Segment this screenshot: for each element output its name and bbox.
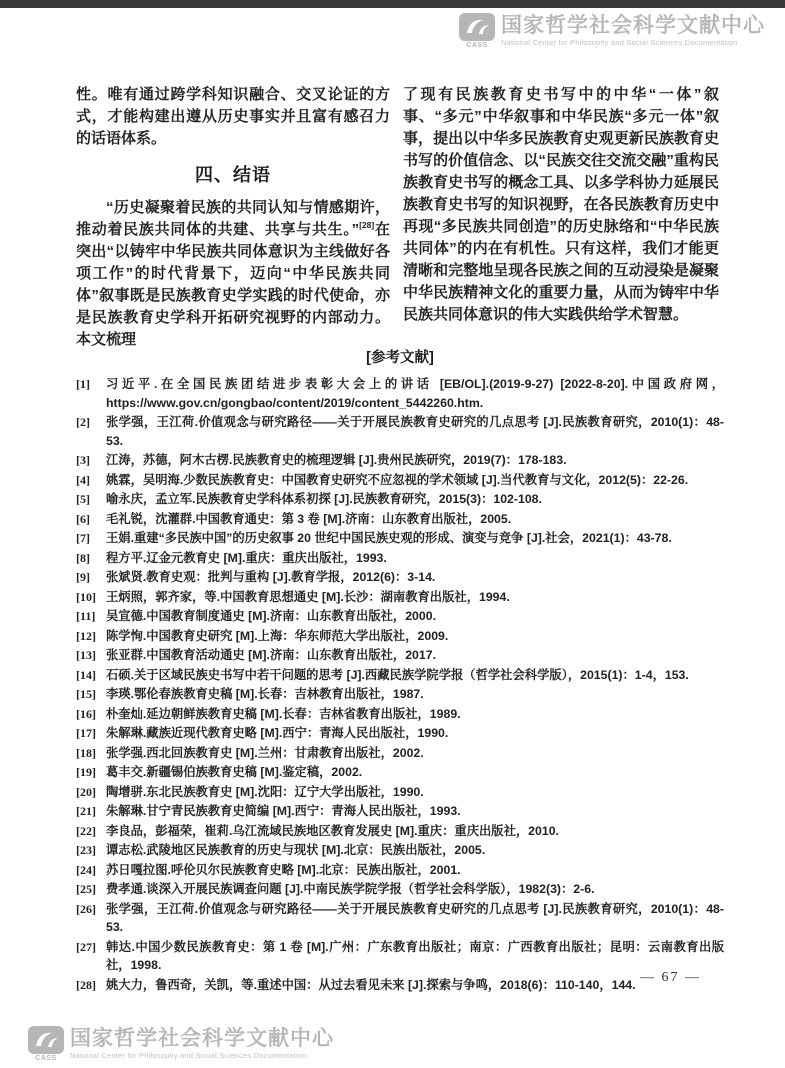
reference-number: [12]	[76, 627, 106, 646]
reference-number: [24]	[76, 861, 106, 880]
reference-text: 喻永庆，孟立军.民族教育史学科体系初探 [J].民族教育研究，2015(3)：1…	[106, 490, 724, 509]
reference-item: [10] 王炳照，郭齐家，等.中国教育思想通史 [M].长沙：湖南教育出版社，1…	[76, 588, 724, 607]
reference-number: [18]	[76, 744, 106, 763]
reference-number: [20]	[76, 783, 106, 802]
reference-item: [20] 陶增骈.东北民族教育史 [M].沈阳：辽宁大学出版社，1990.	[76, 783, 724, 802]
reference-number: [4]	[76, 471, 106, 490]
reference-number: [6]	[76, 510, 106, 529]
reference-number: [21]	[76, 802, 106, 821]
reference-text: 张学强.西北回族教育史 [M].兰州：甘肃教育出版社，2002.	[106, 744, 724, 763]
references-section: [参考文献] [1] 习近平.在全国民族团结进步表彰大会上的讲话 [EB/OL]…	[76, 346, 724, 995]
reference-item: [24] 苏日嘎拉图.呼伦贝尔民族教育史略 [M].北京：民族出版社，2001.	[76, 861, 724, 880]
reference-number: [26]	[76, 900, 106, 937]
left-paragraph-continuation: 性。唯有通过跨学科知识融合、交叉论证的方式，才能构建出遵从历史事实并且富有感召力…	[76, 84, 390, 150]
reference-item: [3] 江涛，苏德，阿木古楞.民族教育史的梳理逻辑 [J].贵州民族研究，201…	[76, 451, 724, 470]
reference-item: [19] 葛丰交.新疆锡伯族教育史稿 [M].鉴定稿，2002.	[76, 763, 724, 782]
reference-item: [1] 习近平.在全国民族团结进步表彰大会上的讲话 [EB/OL].(2019-…	[76, 375, 724, 412]
reference-number: [11]	[76, 607, 106, 626]
reference-number: [19]	[76, 763, 106, 782]
brand-name-cn: 国家哲学社会科学文献中心	[501, 13, 765, 38]
reference-number: [23]	[76, 841, 106, 860]
reference-text: 姚霖，吴明海.少数民族教育史：中国教育史研究不应忽视的学术领域 [J].当代教育…	[106, 471, 724, 490]
brand-name-cn: 国家哲学社会科学文献中心	[70, 1026, 334, 1051]
reference-number: [25]	[76, 880, 106, 899]
reference-text: 吴宣德.中国教育制度通史 [M].济南：山东教育出版社，2000.	[106, 607, 724, 626]
references-list: [1] 习近平.在全国民族团结进步表彰大会上的讲话 [EB/OL].(2019-…	[76, 375, 724, 994]
reference-item: [17] 朱解琳.藏族近现代教育史略 [M].西宁：青海人民出版社，1990.	[76, 724, 724, 743]
reference-text: 江涛，苏德，阿木古楞.民族教育史的梳理逻辑 [J].贵州民族研究，2019(7)…	[106, 451, 724, 470]
reference-number: [22]	[76, 822, 106, 841]
reference-item: [7] 王娟.重建“多民族中国”的历史叙事 20 世纪中国民族史观的形成、演变与…	[76, 529, 724, 548]
reference-number: [5]	[76, 490, 106, 509]
reference-text: 朱解琳.甘宁青民族教育史简编 [M].西宁：青海人民出版社，1993.	[106, 802, 724, 821]
reference-number: [7]	[76, 529, 106, 548]
reference-number: [1]	[76, 375, 106, 412]
conclusion-paragraph: “历史凝聚着民族的共同认知与情感期许，推动着民族共同体的共建、共享与共生。”[2…	[76, 197, 390, 351]
reference-item: [22] 李良品，彭福荣，崔莉.乌江流域民族地区教育发展史 [M].重庆：重庆出…	[76, 822, 724, 841]
reference-number: [16]	[76, 705, 106, 724]
cass-logo-icon	[459, 13, 495, 41]
cass-logo-icon	[28, 1026, 64, 1054]
left-column: 性。唯有通过跨学科知识融合、交叉论证的方式，才能构建出遵从历史事实并且富有感召力…	[76, 84, 390, 351]
reference-item: [6] 毛礼锐，沈灌群.中国教育通史：第 3 卷 [M].济南：山东教育出版社，…	[76, 510, 724, 529]
reference-text: 葛丰交.新疆锡伯族教育史稿 [M].鉴定稿，2002.	[106, 763, 724, 782]
reference-text: 苏日嘎拉图.呼伦贝尔民族教育史略 [M].北京：民族出版社，2001.	[106, 861, 724, 880]
reference-text: 李瑛.鄂伦春族教育史稿 [M].长春：吉林教育出版社，1987.	[106, 685, 724, 704]
reference-number: [3]	[76, 451, 106, 470]
reference-item: [25] 费孝通.谈深入开展民族调查问题 [J].中南民族学院学报（哲学社会科学…	[76, 880, 724, 899]
reference-text: 朴奎灿.延边朝鲜族教育史稿 [M].长春：吉林省教育出版社，1989.	[106, 705, 724, 724]
reference-text: 张学强，王江荷.价值观念与研究路径——关于开展民族教育史研究的几点思考 [J].…	[106, 900, 724, 937]
reference-item: [26] 张学强，王江荷.价值观念与研究路径——关于开展民族教育史研究的几点思考…	[76, 900, 724, 937]
reference-number: [17]	[76, 724, 106, 743]
reference-text: 张亚群.中国教育活动通史 [M].济南：山东教育出版社，2017.	[106, 646, 724, 665]
reference-item: [2] 张学强，王江荷.价值观念与研究路径——关于开展民族教育史研究的几点思考 …	[76, 413, 724, 450]
reference-text: 张学强，王江荷.价值观念与研究路径——关于开展民族教育史研究的几点思考 [J].…	[106, 413, 724, 450]
right-column: 了现有民族教育史书写中的中华“一体”叙事、“多元”中华叙事和中华民族“多元一体”…	[403, 84, 719, 326]
cass-abbr-label: CASS	[35, 1055, 56, 1063]
reference-item: [11] 吴宣德.中国教育制度通史 [M].济南：山东教育出版社，2000.	[76, 607, 724, 626]
reference-number: [10]	[76, 588, 106, 607]
citation-superscript: [28]	[359, 220, 374, 230]
reference-text: 陈学恂.中国教育史研究 [M].上海：华东师范大学出版社，2009.	[106, 627, 724, 646]
cass-logo-mark: CASS	[459, 13, 495, 50]
section-heading-conclusion: 四、结语	[76, 161, 390, 187]
reference-number: [13]	[76, 646, 106, 665]
reference-text: 程方平.辽金元教育史 [M].重庆：重庆出版社，1993.	[106, 549, 724, 568]
reference-item: [21] 朱解琳.甘宁青民族教育史简编 [M].西宁：青海人民出版社，1993.	[76, 802, 724, 821]
cass-logo-mark: CASS	[28, 1026, 64, 1063]
reference-item: [4] 姚霖，吴明海.少数民族教育史：中国教育史研究不应忽视的学术领域 [J].…	[76, 471, 724, 490]
reference-number: [27]	[76, 938, 106, 975]
reference-item: [9] 张斌贤.教育史观：批判与重构 [J].教育学报，2012(6)：3-14…	[76, 568, 724, 587]
header-brand: CASS 国家哲学社会科学文献中心 National Center for Ph…	[459, 13, 765, 50]
reference-text: 石硕.关于区域民族史书写中若干问题的思考 [J].西藏民族学院学报（哲学社会科学…	[106, 666, 724, 685]
reference-number: [14]	[76, 666, 106, 685]
reference-item: [5] 喻永庆，孟立军.民族教育史学科体系初探 [J].民族教育研究，2015(…	[76, 490, 724, 509]
reference-item: [18] 张学强.西北回族教育史 [M].兰州：甘肃教育出版社，2002.	[76, 744, 724, 763]
cass-abbr-label: CASS	[466, 42, 487, 50]
conclusion-quote: “历史凝聚着民族的共同认知与情感期许，推动着民族共同体的共建、共享与共生。”	[76, 199, 390, 238]
brand-name-en: National Center for Philosophy and Socia…	[501, 38, 765, 48]
reference-item: [28] 姚大力，鲁西奇，关凯，等.重述中国：从过去看见未来 [J].探索与争鸣…	[76, 976, 724, 995]
reference-number: [2]	[76, 413, 106, 450]
reference-text: 姚大力，鲁西奇，关凯，等.重述中国：从过去看见未来 [J].探索与争鸣，2018…	[106, 976, 724, 995]
conclusion-rest: 在突出“以铸牢中华民族共同体意识为主线做好各项工作”的时代背景下，迈向“中华民族…	[76, 221, 390, 348]
reference-item: [16] 朴奎灿.延边朝鲜族教育史稿 [M].长春：吉林省教育出版社，1989.	[76, 705, 724, 724]
reference-item: [27] 韩达.中国少数民族教育史：第 1 卷 [M].广州：广东教育出版社；南…	[76, 938, 724, 975]
reference-number: [8]	[76, 549, 106, 568]
reference-text: 毛礼锐，沈灌群.中国教育通史：第 3 卷 [M].济南：山东教育出版社，2005…	[106, 510, 724, 529]
reference-item: [23] 谭志松.武陵地区民族教育的历史与现状 [M].北京：民族出版社，200…	[76, 841, 724, 860]
reference-text: 王娟.重建“多民族中国”的历史叙事 20 世纪中国民族史观的形成、演变与竞争 […	[106, 529, 724, 548]
reference-item: [8] 程方平.辽金元教育史 [M].重庆：重庆出版社，1993.	[76, 549, 724, 568]
reference-text: 王炳照，郭齐家，等.中国教育思想通史 [M].长沙：湖南教育出版社，1994.	[106, 588, 724, 607]
reference-text: 费孝通.谈深入开展民族调查问题 [J].中南民族学院学报（哲学社会科学版），19…	[106, 880, 724, 899]
references-heading: [参考文献]	[76, 346, 724, 367]
reference-text: 韩达.中国少数民族教育史：第 1 卷 [M].广州：广东教育出版社；南京：广西教…	[106, 938, 724, 975]
reference-item: [13] 张亚群.中国教育活动通史 [M].济南：山东教育出版社，2017.	[76, 646, 724, 665]
top-border-bar	[0, 0, 785, 8]
reference-item: [12] 陈学恂.中国教育史研究 [M].上海：华东师范大学出版社，2009.	[76, 627, 724, 646]
page-number: — 67 —	[640, 970, 701, 986]
reference-number: [28]	[76, 976, 106, 995]
brand-name-en: National Center for Philosophy and Socia…	[70, 1051, 334, 1061]
footer-brand: CASS 国家哲学社会科学文献中心 National Center for Ph…	[28, 1026, 334, 1063]
reference-text: 谭志松.武陵地区民族教育的历史与现状 [M].北京：民族出版社，2005.	[106, 841, 724, 860]
reference-text: 朱解琳.藏族近现代教育史略 [M].西宁：青海人民出版社，1990.	[106, 724, 724, 743]
reference-text: 习近平.在全国民族团结进步表彰大会上的讲话 [EB/OL].(2019-9-27…	[106, 375, 724, 412]
right-paragraph: 了现有民族教育史书写中的中华“一体”叙事、“多元”中华叙事和中华民族“多元一体”…	[403, 84, 719, 326]
reference-text: 陶增骈.东北民族教育史 [M].沈阳：辽宁大学出版社，1990.	[106, 783, 724, 802]
reference-text: 张斌贤.教育史观：批判与重构 [J].教育学报，2012(6)：3-14.	[106, 568, 724, 587]
reference-number: [9]	[76, 568, 106, 587]
reference-item: [15] 李瑛.鄂伦春族教育史稿 [M].长春：吉林教育出版社，1987.	[76, 685, 724, 704]
reference-text: 李良品，彭福荣，崔莉.乌江流域民族地区教育发展史 [M].重庆：重庆出版社，20…	[106, 822, 724, 841]
reference-item: [14] 石硕.关于区域民族史书写中若干问题的思考 [J].西藏民族学院学报（哲…	[76, 666, 724, 685]
reference-number: [15]	[76, 685, 106, 704]
